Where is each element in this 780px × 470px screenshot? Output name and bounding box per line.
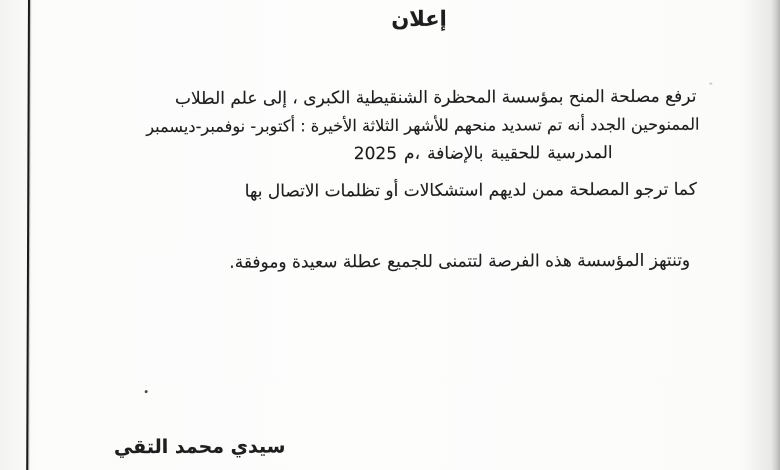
paragraph1-line3-word: للحقيبة: [490, 143, 540, 163]
paragraph1-line3-word: م،: [404, 144, 420, 164]
signature-name: سيدي محمد التقي: [114, 435, 286, 458]
paragraph1-line1: ترفع مصلحة المنح بمؤسسة المحظرة الشنقيطي…: [175, 87, 696, 109]
paper-speck: [709, 83, 712, 85]
paragraph1-line3: 2025 م، بالإضافة للحقيبة المدرسية: [354, 143, 613, 164]
paragraph1-line3-word: بالإضافة: [427, 144, 484, 164]
paragraph1-line2: الممنوحين الجدد أنه تم تسديد منحهم للأشه…: [146, 115, 699, 136]
announcement-title: إعلان: [339, 7, 499, 32]
scanned-document-page: إعلان ترفع مصلحة المنح بمؤسسة المحظرة ال…: [0, 0, 780, 470]
paragraph3: وتنتهز المؤسسة هذه الفرصة لتتمنى للجميع …: [229, 251, 690, 273]
paragraph1-line3-word: المدرسية: [547, 143, 612, 163]
document-content: إعلان ترفع مصلحة المنح بمؤسسة المحظرة ال…: [0, 0, 780, 470]
year-value: 2025: [354, 144, 397, 164]
paper-speck: [145, 390, 148, 393]
paragraph2: كما ترجو المصلحة ممن لديهم استشكالات أو …: [245, 180, 697, 202]
